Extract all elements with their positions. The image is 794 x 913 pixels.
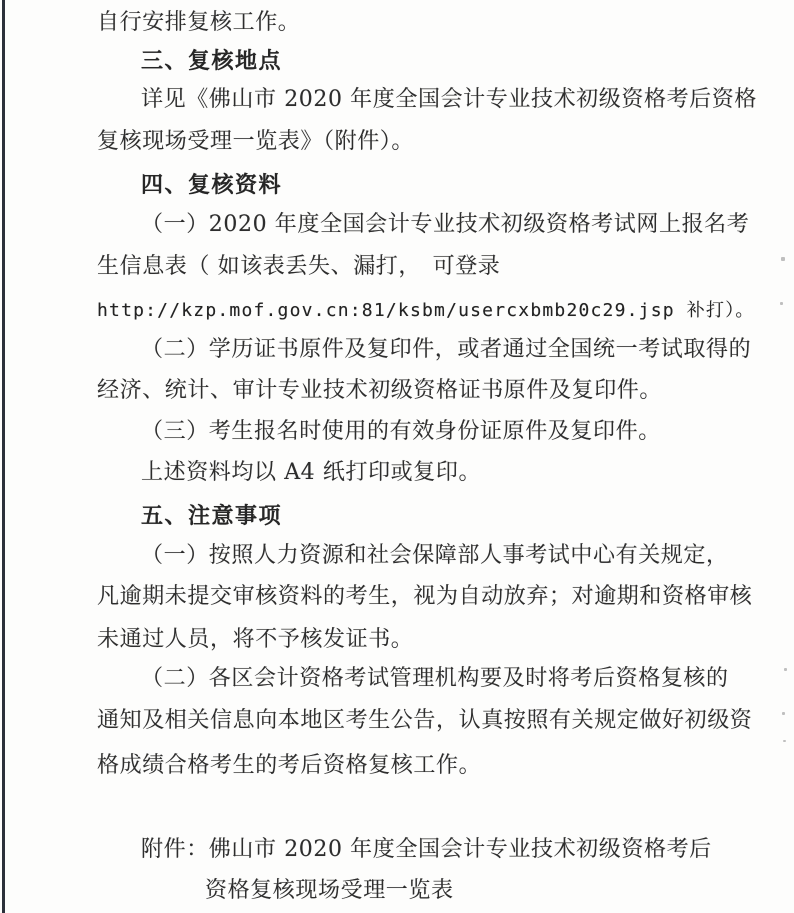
text-line: 上述资料均以 A4 纸打印或复印。 [141,458,481,488]
scan-edge-line [2,0,5,913]
attachment-note-line: 资格复核现场受理一览表 [205,876,454,906]
scan-noise-speck [782,712,785,715]
text-line: 未通过人员，将不予核发证书。 [97,625,413,655]
scan-noise-speck [780,302,783,305]
section-heading-5: 五、注意事项 [141,501,282,531]
text-line: （二）学历证书原件及复印件，或者通过全国统一考试取得的 [141,335,751,365]
scanned-document-page: 自行安排复核工作。 三、复核地点 详见《佛山市 2020 年度全国会计专业技术初… [0,0,794,913]
section-heading-3: 三、复核地点 [141,46,282,76]
text-line: 凡逾期未提交审核资料的考生，视为自动放弃；对逾期和资格审核 [97,582,752,612]
text-line: （一）按照人力资源和社会保障部人事考试中心有关规定， [141,541,729,571]
text-line: 生信息表（ 如该表丢失、漏打， 可登录 [97,252,500,282]
scan-noise-speck [781,257,785,261]
text-line: 自行安排复核工作。 [97,8,300,38]
text-line: 通知及相关信息向本地区考生公告，认真按照有关规定做好初级资 [97,706,752,736]
text-line: （一）2020 年度全国会计专业技术初级资格考试网上报名考 [141,210,749,240]
text-line: 复核现场受理一览表》（附件）。 [97,127,414,157]
scan-noise-speck [783,740,786,742]
scan-noise-speck [784,668,787,671]
text-line: 经济、统计、审计专业技术初级资格证书原件及复印件。 [97,376,662,406]
text-line: 格成绩合格考生的考后资格复核工作。 [97,751,481,781]
attachment-note-line: 附件：佛山市 2020 年度全国会计专业技术初级资格考后 [141,835,712,865]
text-line: （三）考生报名时使用的有效身份证原件及复印件。 [141,417,661,447]
text-line: 详见《佛山市 2020 年度全国会计专业技术初级资格考后资格 [141,85,757,115]
url-text-line: http://kzp.mof.gov.cn:81/ksbm/usercxbmb2… [97,296,755,326]
section-heading-4: 四、复核资料 [141,170,282,200]
text-line: （二）各区会计资格考试管理机构要及时将考后资格复核的 [141,664,729,694]
